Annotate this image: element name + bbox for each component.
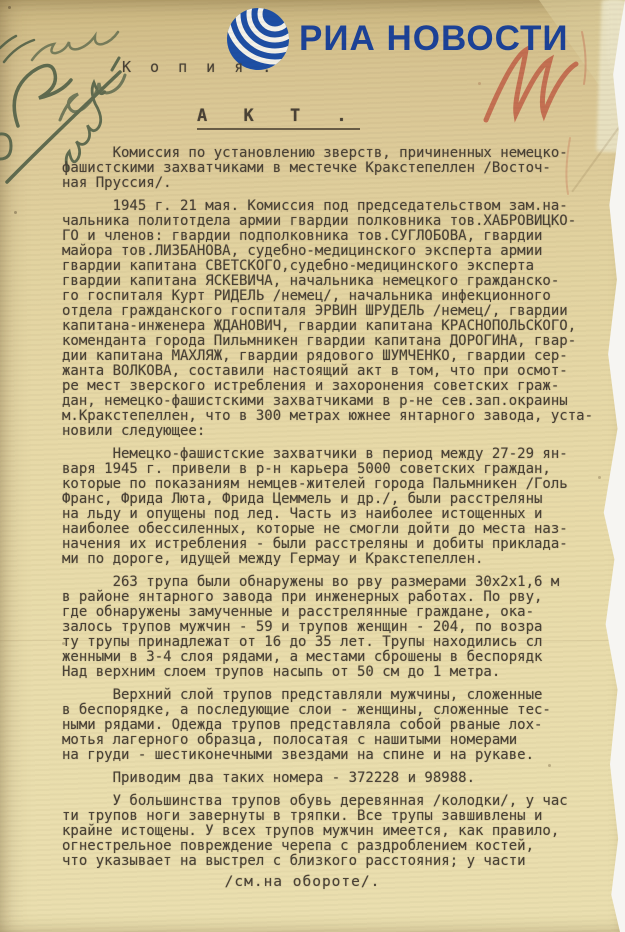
paragraph-bodies-found: 263 трупа были обнаружены во рву размера… (62, 575, 601, 680)
document-title: А К Т . (197, 106, 360, 130)
paper-repair-patch (609, 0, 621, 70)
ria-novosti-watermark: РИА НОВОСТИ (225, 6, 569, 72)
photo-backdrop: { "watermark": { "brand": "РИА НОВОСТИ",… (0, 0, 625, 932)
paragraph-numbers: Приводим два таких номера - 372228 и 989… (62, 771, 601, 786)
paragraph-footwear: У большинства трупов обувь деревянная /к… (62, 794, 601, 869)
paragraph-execution-on-ice: Немецко-фашистские захватчики в период м… (62, 447, 601, 567)
paragraph-commission-intro: Комиссия по установлению зверств, причин… (62, 146, 601, 191)
document-body: Комиссия по установлению зверств, причин… (62, 146, 601, 877)
ria-brand-text: РИА НОВОСТИ (299, 19, 569, 59)
paragraph-commission-members: 1945 г. 21 мая. Комиссия под председател… (62, 199, 601, 439)
document-paper: РИА НОВОСТИ К о п и я . А К Т . Комиссия… (0, 0, 625, 932)
see-reverse-note: /см.на обороте/. (0, 874, 605, 890)
copy-label: К о п и я . (122, 58, 276, 76)
paper-specks (8, 6, 11, 9)
paragraph-clothing: Верхний слой трупов представляли мужчины… (62, 688, 601, 763)
